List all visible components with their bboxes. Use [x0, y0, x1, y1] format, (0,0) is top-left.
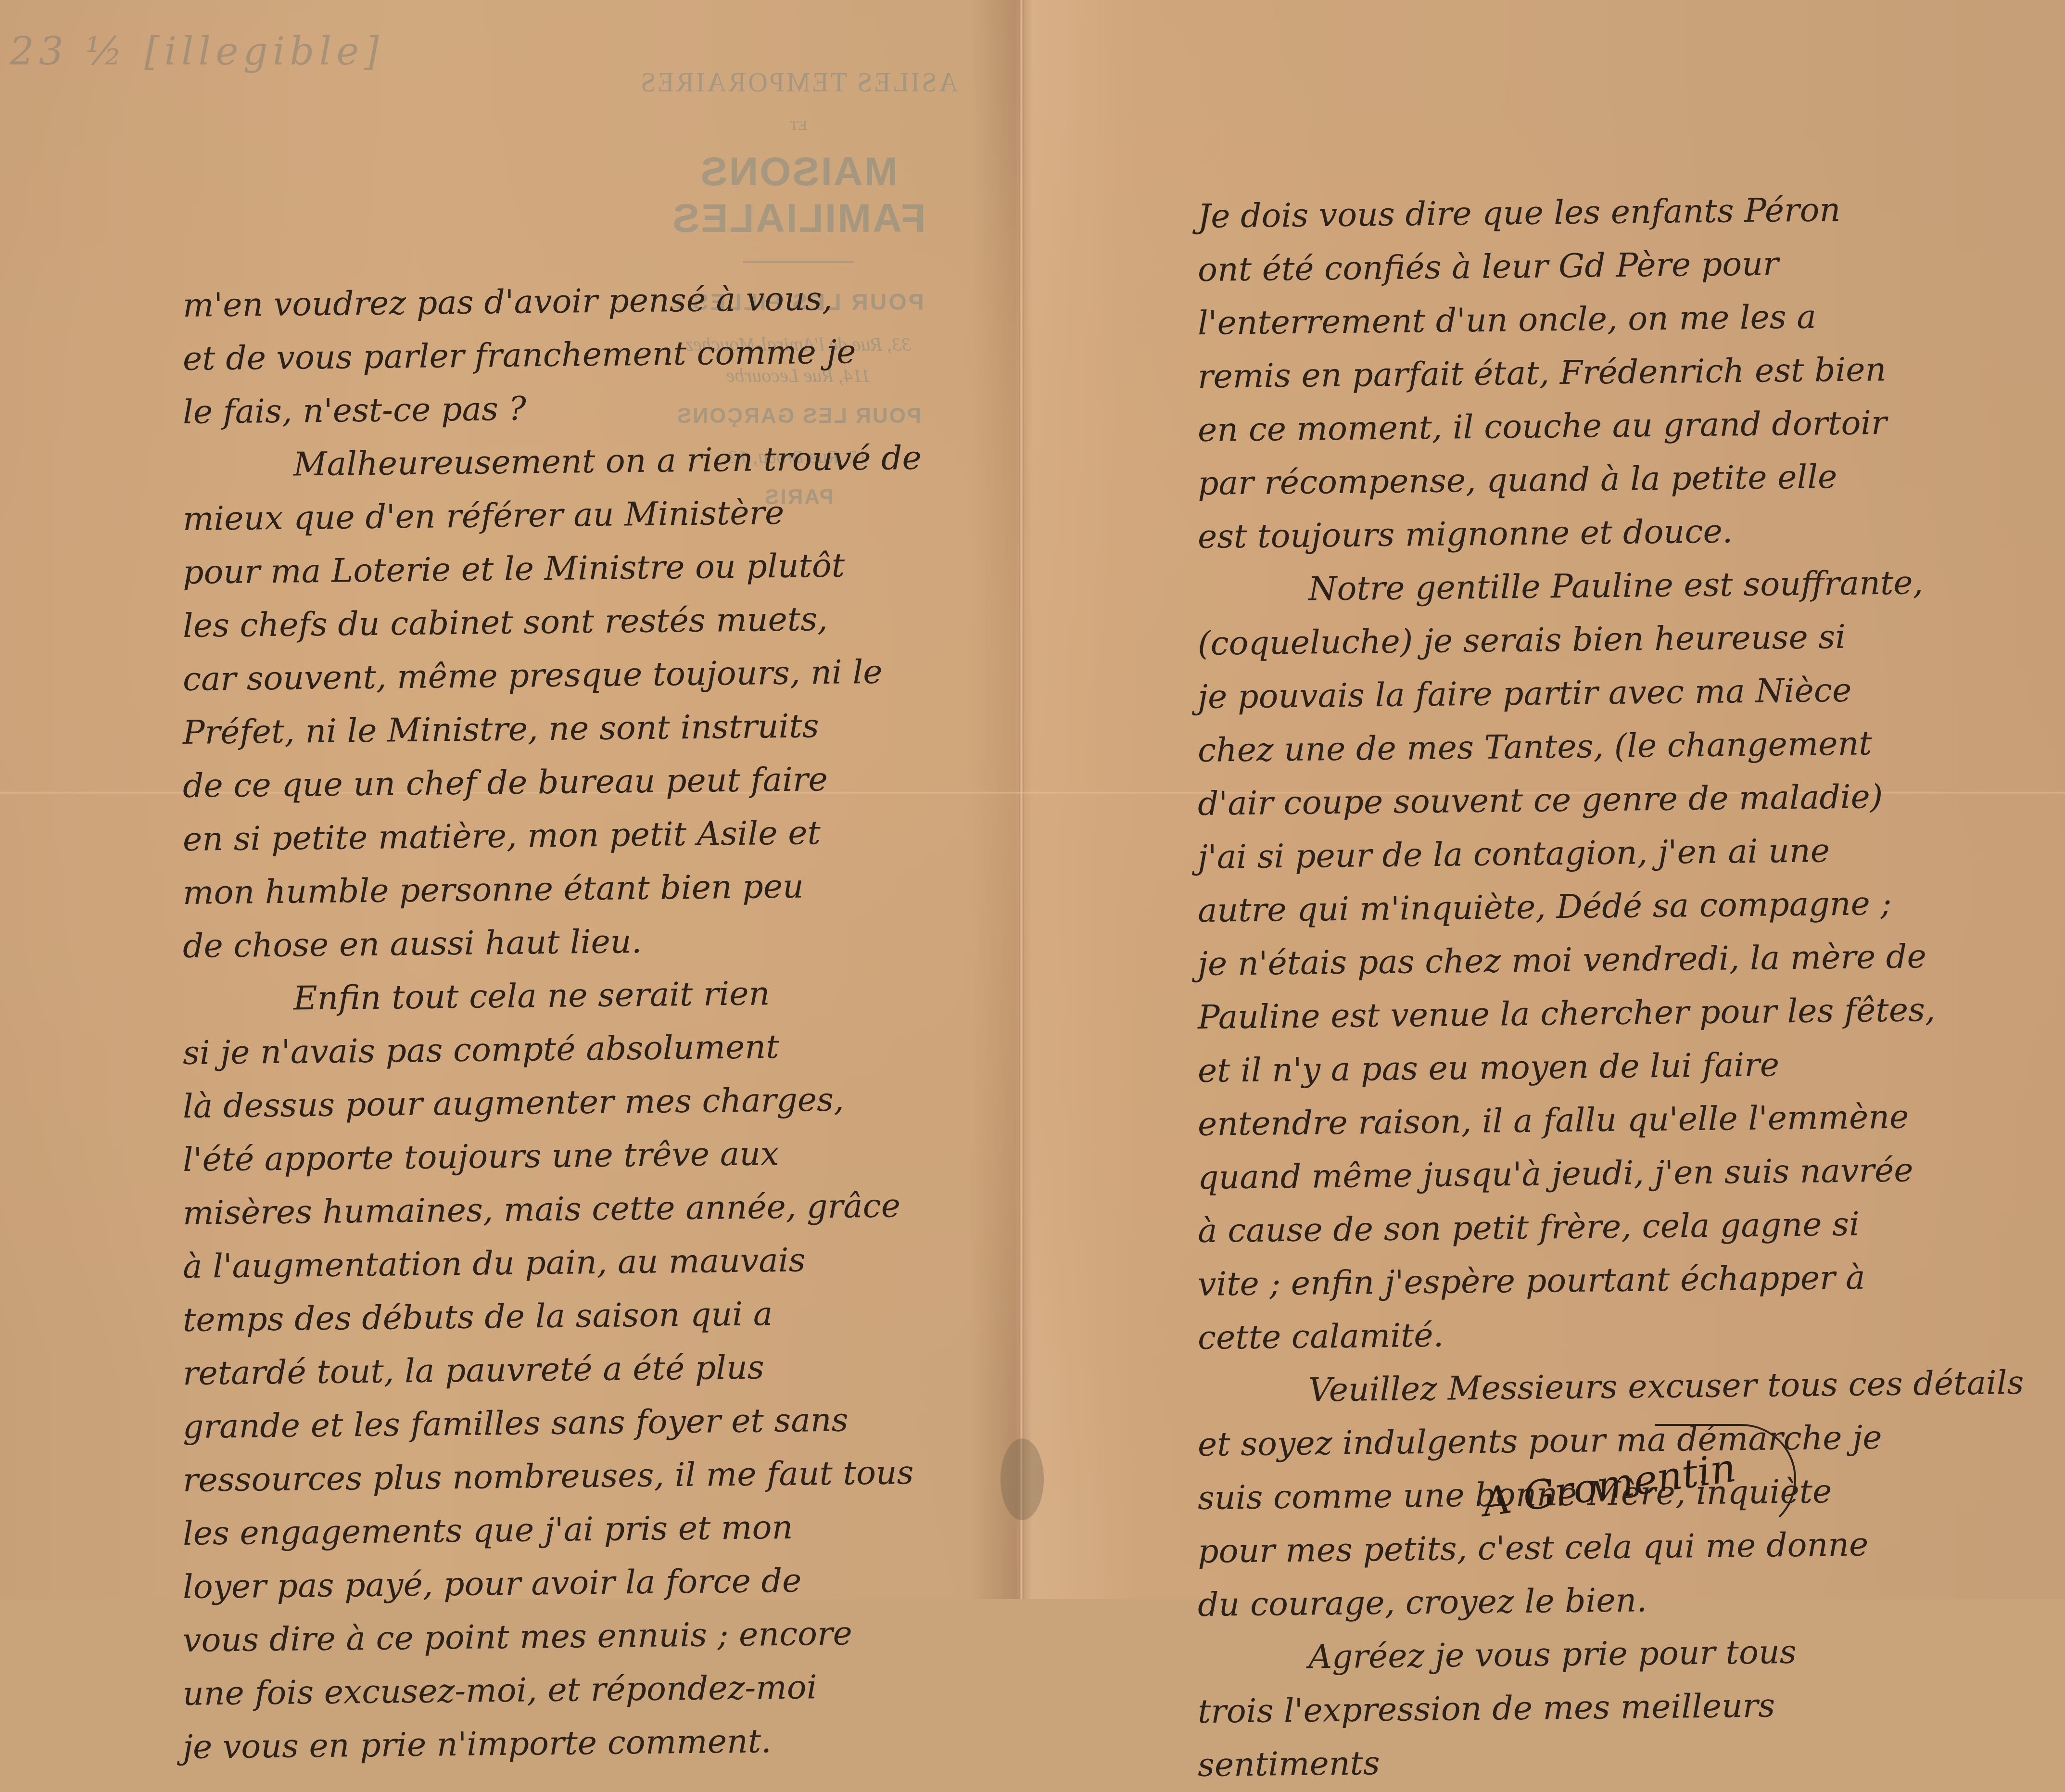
text-line: je pouvais la faire partir avec ma Nièce	[1197, 662, 2024, 724]
text-line: les engagements que j'ai pris et mon	[182, 1500, 922, 1561]
text-line: retardé tout, la pauvreté a été plus	[182, 1339, 922, 1400]
text-line: Malheureusement on a rien trouvé de	[182, 432, 922, 493]
text-line: ressources plus nombreuses, il me faut t…	[182, 1446, 922, 1507]
text-line: misères humaines, mais cette année, grâc…	[182, 1179, 922, 1240]
letterhead-line: ASILES TEMPORAIRES	[601, 67, 996, 98]
text-line: j'ai si peur de la contagion, j'en ai un…	[1197, 822, 2024, 884]
text-line: si je n'avais pas compté absolument	[182, 1019, 922, 1080]
text-line: (coqueluche) je serais bien heureuse si	[1197, 609, 2024, 671]
left-page-text: m'en voudrez pas d'avoir pensé à vous, e…	[183, 279, 922, 1599]
text-line: là dessus pour augmenter mes charges,	[182, 1072, 922, 1133]
letterhead-line: ET	[601, 117, 996, 134]
pencil-annotation: 23 ½ [illegible]	[10, 29, 384, 74]
text-line: de ce que un chef de bureau peut faire	[182, 752, 922, 813]
letter-sheet: 23 ½ [illegible] ASILES TEMPORAIRES ET M…	[0, 0, 2065, 1599]
text-line: et de vous parler franchement comme je	[182, 325, 922, 386]
text-line: Préfet, ni le Ministre, ne sont instruit…	[182, 699, 922, 760]
text-line: Veuillez Messieurs excuser tous ces déta…	[1197, 1356, 2024, 1418]
text-line: Pauline est venue la chercher pour les f…	[1197, 982, 2024, 1044]
text-line: je n'étais pas chez moi vendredi, la mèr…	[1197, 929, 2024, 991]
text-line: vite ; enfin j'espère pourtant échapper …	[1197, 1249, 2024, 1311]
text-line: en ce moment, il couche au grand dortoir	[1197, 395, 2024, 457]
text-line: loyer pas payé, pour avoir la force de	[182, 1553, 922, 1599]
text-line: à cause de son petit frère, cela gagne s…	[1197, 1196, 2024, 1258]
text-line: d'air coupe souvent ce genre de maladie)	[1197, 769, 2024, 831]
text-line: le fais, n'est-ce pas ?	[182, 378, 922, 439]
text-line: ont été confiés à leur Gd Père pour	[1197, 235, 2024, 297]
text-line: chez une de mes Tantes, (le changement	[1197, 715, 2024, 777]
text-line: mieux que d'en référer au Ministère	[182, 485, 922, 546]
text-line: par récompense, quand à la petite elle	[1197, 448, 2024, 510]
text-line: en si petite matière, mon petit Asile et	[182, 805, 922, 866]
letterhead-divider	[743, 261, 854, 263]
text-line: remis en parfait état, Frédenrich est bi…	[1197, 342, 2024, 404]
text-line: Je dois vous dire que les enfants Péron	[1197, 181, 2024, 243]
text-line: m'en voudrez pas d'avoir pensé à vous,	[182, 271, 922, 332]
text-line: à l'augmentation du pain, au mauvais	[182, 1233, 922, 1294]
text-line: est toujours mignonne et douce.	[1197, 502, 2024, 564]
text-line: pour ma Loterie et le Ministre ou plutôt	[182, 538, 922, 599]
text-line: Notre gentille Pauline est souffrante,	[1197, 555, 2024, 617]
right-page-text: Je dois vous dire que les enfants Péron …	[1198, 190, 2024, 1599]
text-line: mon humble personne étant bien peu	[182, 859, 922, 920]
text-line: cette calamité.	[1197, 1303, 2024, 1365]
letterhead-title: MAISONS FAMILIALES	[601, 148, 996, 241]
text-line: et il n'y a pas eu moyen de lui faire	[1197, 1036, 2024, 1098]
left-page: 23 ½ [illegible] ASILES TEMPORAIRES ET M…	[0, 0, 1020, 1599]
text-line: Enfin tout cela ne serait rien	[182, 966, 922, 1027]
text-line: autre qui m'inquiète, Dédé sa compagne ;	[1197, 876, 2024, 938]
text-line: l'enterrement d'un oncle, on me les a	[1197, 288, 2024, 350]
text-line: pour mes petits, c'est cela qui me donne	[1197, 1516, 2024, 1578]
text-line: temps des débuts de la saison qui a	[182, 1286, 922, 1347]
text-line: car souvent, même presque toujours, ni l…	[182, 645, 922, 706]
text-line: quand même jusqu'à jeudi, j'en suis navr…	[1197, 1143, 2024, 1205]
text-line: grande et les familles sans foyer et san…	[182, 1393, 922, 1454]
text-line: de chose en aussi haut lieu.	[182, 912, 922, 973]
text-line: l'été apporte toujours une trêve aux	[182, 1126, 922, 1187]
text-line: les chefs du cabinet sont restés muets,	[182, 592, 922, 653]
text-line: entendre raison, il a fallu qu'elle l'em…	[1197, 1089, 2024, 1151]
